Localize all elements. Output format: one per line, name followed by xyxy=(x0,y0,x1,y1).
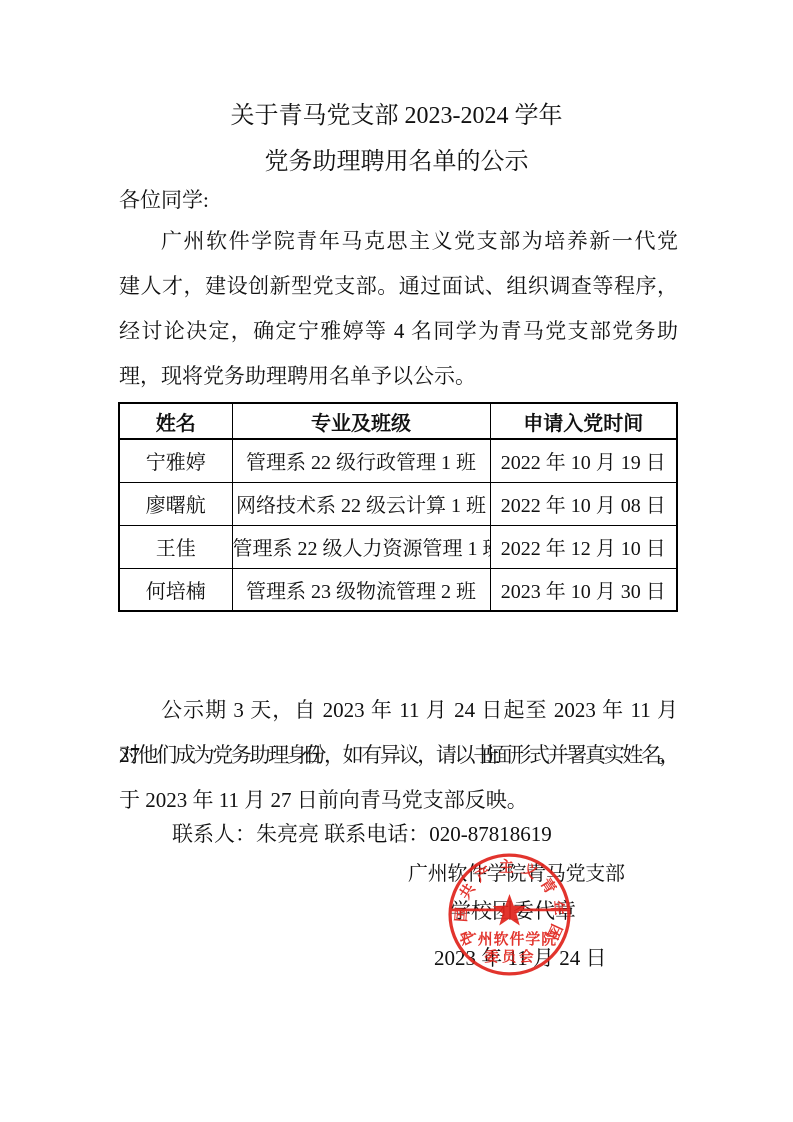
cell-major-class: 管理系 22 级行政管理 1 班 xyxy=(232,439,490,482)
cell-application-date: 2023 年 10 月 30 日 xyxy=(490,568,677,611)
document-title-line2: 党务助理聘用名单的公示 xyxy=(0,145,793,179)
closing-line: 于 2023 年 11 月 27 日前向青马党支部反映。 xyxy=(119,778,678,823)
cell-major-class: 管理系 22 级人力资源管理 1 班 xyxy=(232,525,490,568)
table-header-row: 姓名 专业及班级 申请入党时间 xyxy=(119,403,677,439)
closing-paragraph: 公示期 3 天，自 2023 年 11 月 24 日起至 2023 年 11 月… xyxy=(119,688,678,823)
closing-line: 公示期 3 天，自 2023 年 11 月 24 日起至 2023 年 11 月… xyxy=(119,688,678,733)
header-major-class: 专业及班级 xyxy=(232,403,490,439)
official-seal: 中国共产主义青年团 广州软件学院 委员会 xyxy=(446,851,573,978)
table-row: 何培楠 管理系 23 级物流管理 2 班 2023 年 10 月 30 日 xyxy=(119,568,677,611)
body-paragraph: 广州软件学院青年马克思主义党支部为培养新一代党 建人才，建设创新型党支部。通过面… xyxy=(119,219,678,399)
salutation: 各位同学: xyxy=(119,186,209,214)
body-line: 理，现将党务助理聘用名单予以公示。 xyxy=(119,354,678,399)
closing-line: 对他们成为党务助理身份，如有异议，请以书面形式并署真实姓名， xyxy=(119,733,678,778)
cell-application-date: 2022 年 12 月 10 日 xyxy=(490,525,677,568)
document-title-line1: 关于青马党支部 2023-2024 学年 xyxy=(0,99,793,133)
seal-organization-line1: 广州软件学院 xyxy=(462,930,557,948)
cell-application-date: 2022 年 10 月 19 日 xyxy=(490,439,677,482)
seal-organization-line2: 委员会 xyxy=(484,948,536,966)
cell-name: 何培楠 xyxy=(119,568,232,611)
body-line: 经讨论决定，确定宁雅婷等 4 名同学为青马党支部党务助 xyxy=(119,309,678,354)
header-name: 姓名 xyxy=(119,403,232,439)
cell-name: 廖曙航 xyxy=(119,482,232,525)
cell-name: 宁雅婷 xyxy=(119,439,232,482)
table-row: 王佳 管理系 22 级人力资源管理 1 班 2022 年 12 月 10 日 xyxy=(119,525,677,568)
announcement-document: 关于青马党支部 2023-2024 学年 党务助理聘用名单的公示 各位同学: 广… xyxy=(0,0,793,1122)
body-line: 建人才，建设创新型党支部。通过面试、组织调查等程序， xyxy=(119,264,678,309)
header-application-date: 申请入党时间 xyxy=(490,403,677,439)
cell-name: 王佳 xyxy=(119,525,232,568)
roster-table: 姓名 专业及班级 申请入党时间 宁雅婷 管理系 22 级行政管理 1 班 202… xyxy=(118,402,678,612)
table-row: 宁雅婷 管理系 22 级行政管理 1 班 2022 年 10 月 19 日 xyxy=(119,439,677,482)
table-row: 廖曙航 网络技术系 22 级云计算 1 班 2022 年 10 月 08 日 xyxy=(119,482,677,525)
cell-application-date: 2022 年 10 月 08 日 xyxy=(490,482,677,525)
cell-major-class: 网络技术系 22 级云计算 1 班 xyxy=(232,482,490,525)
cell-major-class: 管理系 23 级物流管理 2 班 xyxy=(232,568,490,611)
body-line: 广州软件学院青年马克思主义党支部为培养新一代党 xyxy=(119,219,678,264)
contact-line: 联系人：朱亮亮 联系电话：020-87818619 xyxy=(172,820,552,848)
